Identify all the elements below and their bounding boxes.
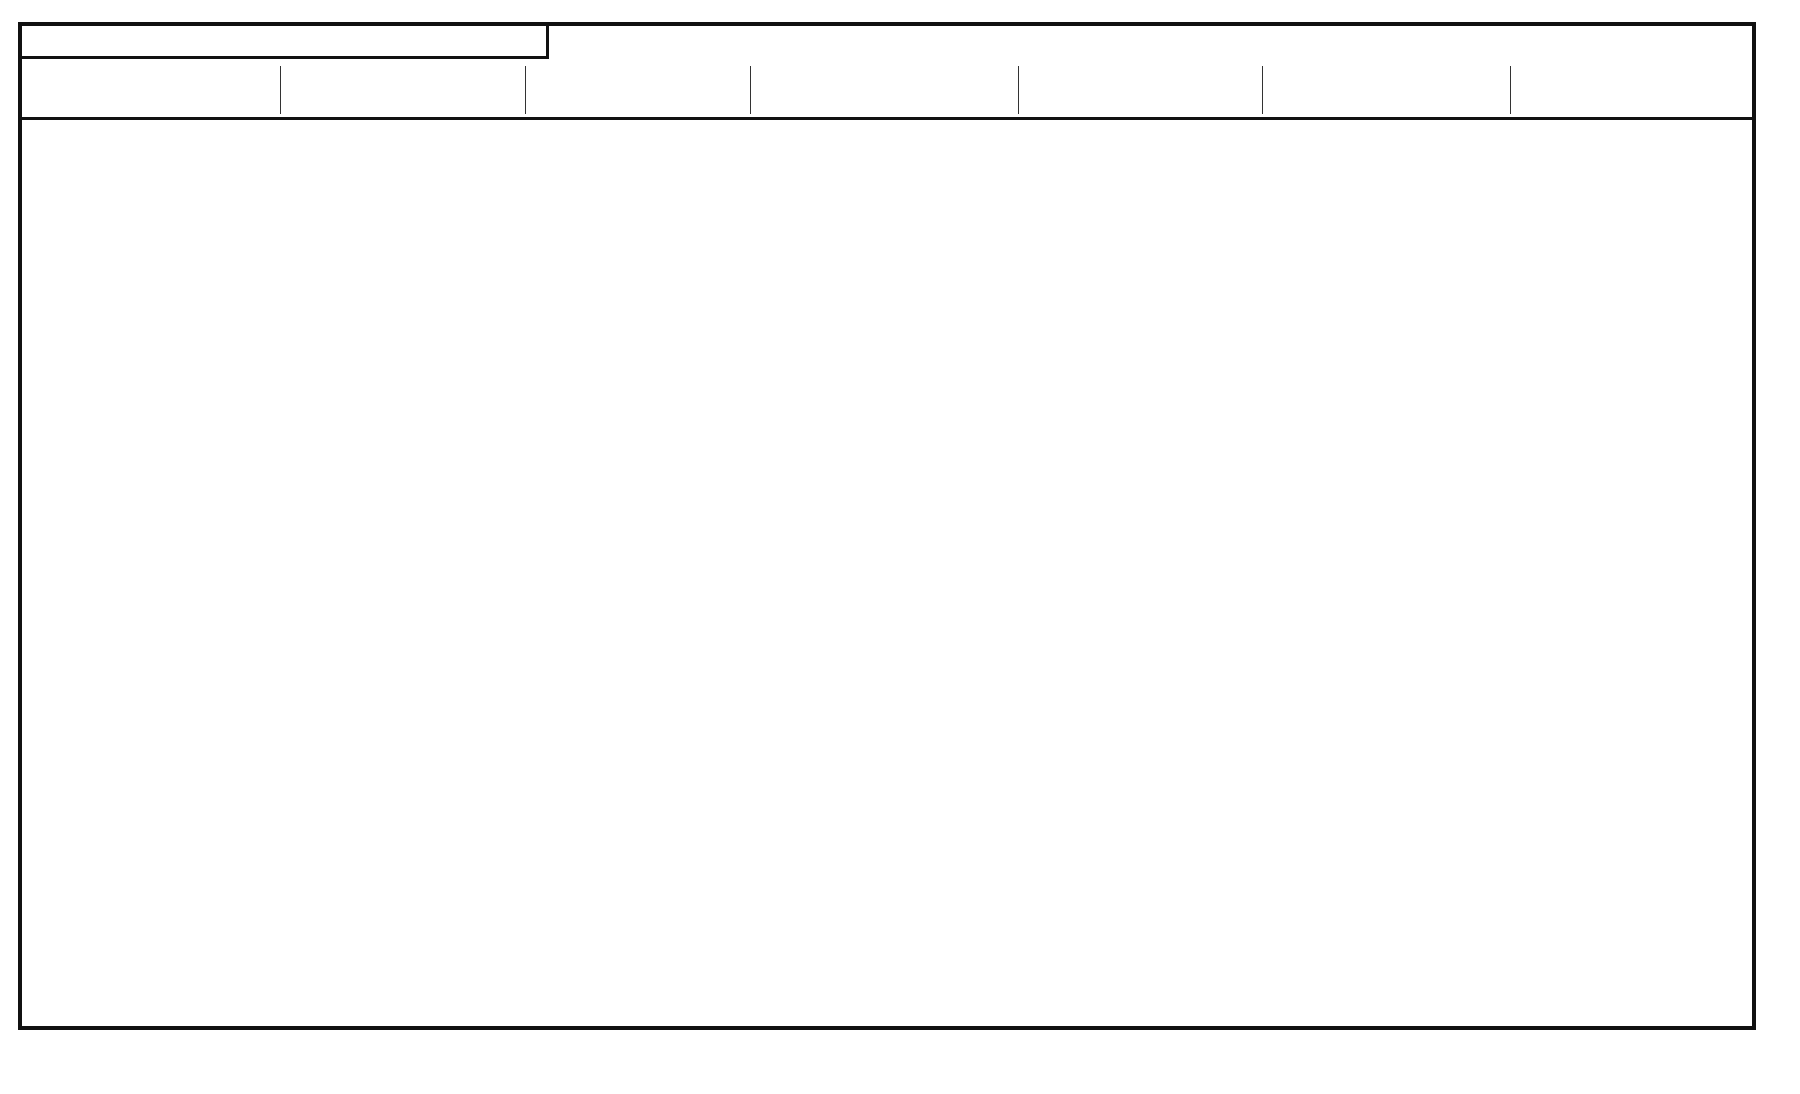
divider [280, 66, 281, 114]
divider [1510, 66, 1511, 114]
divider [1018, 66, 1019, 114]
census-page [0, 0, 1800, 1094]
divider [750, 66, 751, 114]
divider [1262, 66, 1263, 114]
divider [525, 66, 526, 114]
header-divider [18, 117, 1756, 120]
census-frame [18, 22, 1756, 1030]
